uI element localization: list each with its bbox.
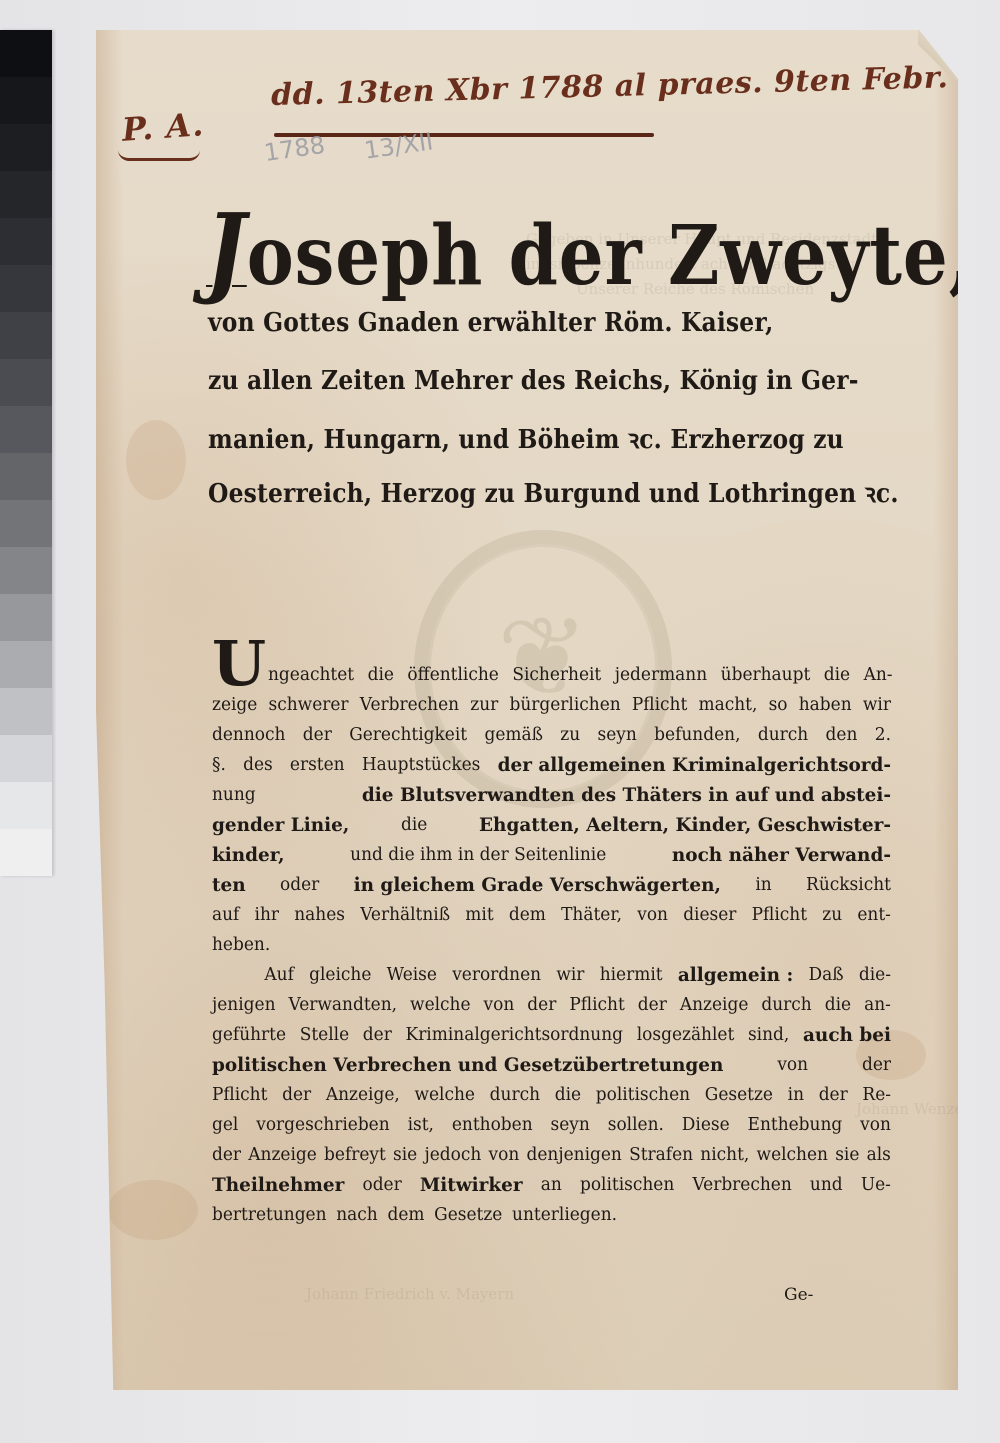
handwritten-date-note: dd. 13ten Xbr 1788 al praes. 9ten Febr. … (271, 58, 1000, 113)
word: Auf (264, 960, 293, 990)
word: Daß (809, 960, 844, 990)
word: Stelle (300, 1020, 349, 1050)
text-line: gelvorgeschriebenist,enthobenseynsollen.… (212, 1110, 891, 1140)
word: mit (465, 900, 493, 930)
word: jedoch (424, 1140, 481, 1170)
word: durch (758, 720, 808, 750)
word: die- (859, 960, 891, 990)
word: verordnen (452, 960, 541, 990)
text-line: heben. (212, 930, 891, 960)
text-line: tenoderin gleichem Grade Verschwägerten,… (212, 870, 891, 900)
word: nung (212, 780, 256, 810)
handwritten-corner-mark: P. A. (121, 105, 205, 149)
word: befunden, (654, 720, 740, 750)
word: gleiche (309, 960, 371, 990)
word: in (755, 870, 771, 900)
text-line: politischen Verbrechen und Gesetzübertre… (212, 1050, 891, 1080)
word: seyn (598, 720, 637, 750)
word: von (777, 1050, 808, 1080)
word: die (555, 1080, 581, 1110)
foxing-stain (108, 1180, 198, 1240)
emphasized-word: gender Linie, (212, 810, 349, 840)
word: dennoch (212, 720, 285, 750)
word: Kriminalgerichtsordnung (406, 1020, 624, 1050)
word: welche (410, 990, 471, 1020)
word: Gesetze (705, 1080, 773, 1110)
gray-patch (0, 453, 52, 500)
word: der (862, 1050, 891, 1080)
pencil-year-note: 1788 (262, 131, 326, 167)
word: sie (835, 1140, 859, 1170)
word: an- (864, 990, 891, 1020)
word: Ue- (861, 1170, 891, 1200)
word: 2. (875, 720, 891, 750)
word: der (363, 1020, 392, 1050)
word: Sicherheit (512, 660, 601, 690)
text-line: §.deserstenHauptstückesder allgemeinen K… (212, 750, 891, 780)
imperial-title-line: manien, Hungarn, und Böheim ꝛc. Erzherzo… (208, 420, 844, 456)
word: ersten (290, 750, 345, 780)
word: Anzeige (680, 990, 749, 1020)
word: oder (362, 1170, 401, 1200)
text-line: geführteStellederKriminalgerichtsordnung… (212, 1020, 891, 1050)
title-text: oseph der Zweyte, (247, 208, 974, 304)
word: in (788, 1080, 804, 1110)
catchword: Ge- (784, 1285, 813, 1305)
word: Enthebung (748, 1110, 843, 1140)
word: nahes (294, 900, 345, 930)
word: durch (761, 990, 811, 1020)
document-sheet: ❦ Gegeben in Unserer Haupt und Residenzs… (96, 30, 958, 1390)
word: dem (509, 900, 546, 930)
word: geführte (212, 1020, 286, 1050)
word: gel (212, 1110, 238, 1140)
gray-patch (0, 500, 52, 547)
word: an (541, 1170, 562, 1200)
word: dieser (683, 900, 736, 930)
word: Verwandten, (289, 990, 398, 1020)
word: sind, (748, 1020, 789, 1050)
paragraph-lines: zeigeschwererVerbrechenzurbürgerlichenPf… (212, 690, 912, 960)
word: schwerer (269, 690, 349, 720)
word: heben. (212, 930, 270, 960)
word: die (368, 660, 394, 690)
word: sie (393, 1140, 417, 1170)
word: enthoben (452, 1110, 533, 1140)
word: so (769, 690, 788, 720)
word: nach (336, 1200, 377, 1230)
emphasized-word: in gleichem Grade Verschwägerten, (354, 870, 721, 900)
gray-patch (0, 594, 52, 641)
text-line: bertretungennachdemGesetzeunterliegen. (212, 1200, 891, 1230)
handwritten-underline (274, 133, 654, 137)
imperial-title-line: zu allen Zeiten Mehrer des Reichs, König… (208, 366, 859, 396)
emphasized-word: auch bei (803, 1020, 891, 1050)
word: der (819, 1080, 848, 1110)
text-line: gender Linie,dieEhgatten, Aeltern, Kinde… (212, 810, 891, 840)
word: unterliegen. (512, 1200, 617, 1230)
paragraph-1: U ngeachtetdieöffentlicheSicherheitjeder… (212, 630, 912, 960)
text-line: TheilnehmeroderMitwirkeranpolitischenVer… (212, 1170, 891, 1200)
word: welche (414, 1080, 475, 1110)
word: Weise (387, 960, 437, 990)
word: wir (556, 960, 584, 990)
word: Pflicht (752, 900, 807, 930)
word: und (810, 1170, 843, 1200)
word: Pflicht (632, 690, 687, 720)
word: wir (863, 690, 891, 720)
word: der (282, 1080, 311, 1110)
word: ngeachtet (268, 660, 354, 690)
word: von (484, 990, 515, 1020)
word: von (860, 1110, 891, 1140)
word: den (826, 720, 858, 750)
word: jenigen (212, 990, 276, 1020)
emphasized-word: allgemein : (678, 960, 793, 990)
emphasized-word: noch näher Verwand- (672, 840, 891, 870)
word: öffentliche (408, 660, 499, 690)
text-line: zeigeschwererVerbrechenzurbürgerlichenPf… (212, 690, 891, 720)
word: die (824, 660, 850, 690)
word: losgezählet (637, 1020, 735, 1050)
gray-patch (0, 218, 52, 265)
word: zeige (212, 690, 257, 720)
word: bertretungen (212, 1200, 327, 1230)
scan-stage: ❦ Gegeben in Unserer Haupt und Residenzs… (0, 0, 1000, 1443)
word: der (303, 720, 332, 750)
foxing-stain (126, 420, 186, 500)
gray-patch (0, 406, 52, 453)
imperial-title-line: Oesterreich, Herzog zu Burgund und Lothr… (208, 474, 899, 510)
emphasized-word: Ehgatten, Aeltern, Kinder, Geschwister- (479, 810, 891, 840)
emphasized-word: die Blutsverwandten des Thäters in auf u… (362, 780, 891, 810)
gray-patch (0, 547, 52, 594)
emphasized-word: kinder, (212, 840, 285, 870)
gray-patch (0, 735, 52, 782)
word: denjenigen (527, 1140, 622, 1170)
paragraph-2: AufgleicheWeiseverordnenwirhiermitallgem… (212, 960, 912, 1230)
word: An- (864, 660, 893, 690)
text-line: aufihrnahesVerhältnißmitdemThäter,vondie… (212, 900, 891, 930)
word: welchen (757, 1140, 828, 1170)
word: Re- (862, 1080, 891, 1110)
word: Verbrechen (692, 1170, 791, 1200)
drop-cap: U (212, 638, 266, 690)
gray-patch (0, 641, 52, 688)
word: politischen (596, 1080, 690, 1110)
word: ent- (857, 900, 891, 930)
title-decorated-initial: J (206, 193, 247, 308)
word: befreyt (324, 1140, 386, 1170)
word: auf (212, 900, 239, 930)
word: die (401, 810, 427, 840)
emphasized-word: Theilnehmer (212, 1170, 344, 1200)
word: und die ihm in der Seitenlinie (350, 840, 606, 870)
word: der (638, 990, 667, 1020)
emphasized-word: ten (212, 870, 246, 900)
gray-patch (0, 688, 52, 735)
word: ist, (408, 1110, 434, 1140)
gray-patch (0, 30, 52, 77)
word: macht, (699, 690, 758, 720)
word: ihr (255, 900, 279, 930)
word: Anzeige, (326, 1080, 400, 1110)
word: bürgerlichen (509, 690, 620, 720)
word: Anzeige (248, 1140, 317, 1170)
document-title: Joseph der Zweyte, (206, 193, 974, 308)
word: seyn (551, 1110, 590, 1140)
decree-body: U ngeachtetdieöffentlicheSicherheitjeder… (212, 630, 912, 1230)
word: als (867, 1140, 891, 1170)
word: politischen (580, 1170, 674, 1200)
gray-patch (0, 829, 52, 876)
word: Pflicht (569, 990, 624, 1020)
word: hiermit (600, 960, 663, 990)
word: die (825, 990, 851, 1020)
imperial-title-line: von Gottes Gnaden erwählter Röm. Kaiser, (208, 308, 773, 338)
word: überhaupt (721, 660, 811, 690)
word: von (489, 1140, 520, 1170)
word: oder (280, 870, 319, 900)
word: von (637, 900, 668, 930)
word: Verhältniß (360, 900, 450, 930)
emphasized-word: der allgemeinen Kriminalgerichtsord- (498, 750, 891, 780)
word: Verbrechen (360, 690, 459, 720)
word: Diese (682, 1110, 730, 1140)
word: Gerechtigkeit (349, 720, 467, 750)
text-line: jenigenVerwandten,welchevonderPflichtder… (212, 990, 891, 1020)
word: §. (212, 750, 226, 780)
word: Rücksicht (806, 870, 891, 900)
emphasized-word: Mitwirker (420, 1170, 523, 1200)
gray-patch (0, 782, 52, 829)
word: dem (387, 1200, 424, 1230)
word: jedermann (615, 660, 707, 690)
gray-patch (0, 312, 52, 359)
word: Hauptstückes (362, 750, 481, 780)
word: der (212, 1140, 241, 1170)
text-line: AufgleicheWeiseverordnenwirhiermitallgem… (212, 960, 891, 990)
gray-patch (0, 77, 52, 124)
text-line: nungdie Blutsverwandten des Thäters in a… (212, 780, 891, 810)
word: Pflicht (212, 1080, 267, 1110)
word: Thäter, (561, 900, 622, 930)
gray-patch (0, 265, 52, 312)
word: Gesetze (434, 1200, 502, 1230)
text-line: derAnzeigebefreytsiejedochvondenjenigenS… (212, 1140, 891, 1170)
sheet-left-edge-discoloration (96, 30, 124, 1390)
word: zur (470, 690, 498, 720)
text-line: ngeachtetdieöffentlicheSicherheitjederma… (268, 660, 893, 690)
paragraph-first-line: U ngeachtetdieöffentlicheSicherheitjeder… (212, 630, 912, 690)
word: zu (822, 900, 842, 930)
handwritten-flourish (118, 150, 200, 161)
text-line: PflichtderAnzeige,welchedurchdiepolitisc… (212, 1080, 891, 1110)
word: gemäß (484, 720, 542, 750)
gray-patch (0, 171, 52, 218)
word: sollen. (608, 1110, 664, 1140)
word: nicht, (700, 1140, 749, 1170)
word: vorgeschrieben (256, 1110, 389, 1140)
word: Strafen (629, 1140, 693, 1170)
grayscale-calibration-strip (0, 30, 52, 876)
emphasized-word: politischen Verbrechen und Gesetzübertre… (212, 1050, 723, 1080)
bleed-through-text: Johann Friedrich v. Mayern (306, 1285, 514, 1303)
word: durch (490, 1080, 540, 1110)
word: der (527, 990, 556, 1020)
word: zu (560, 720, 580, 750)
gray-patch (0, 359, 52, 406)
gray-patch (0, 124, 52, 171)
word: haben (799, 690, 852, 720)
word: des (243, 750, 273, 780)
text-line: kinder,und die ihm in der Seitenlinienoc… (212, 840, 891, 870)
text-line: dennochderGerechtigkeitgemäßzuseynbefund… (212, 720, 891, 750)
